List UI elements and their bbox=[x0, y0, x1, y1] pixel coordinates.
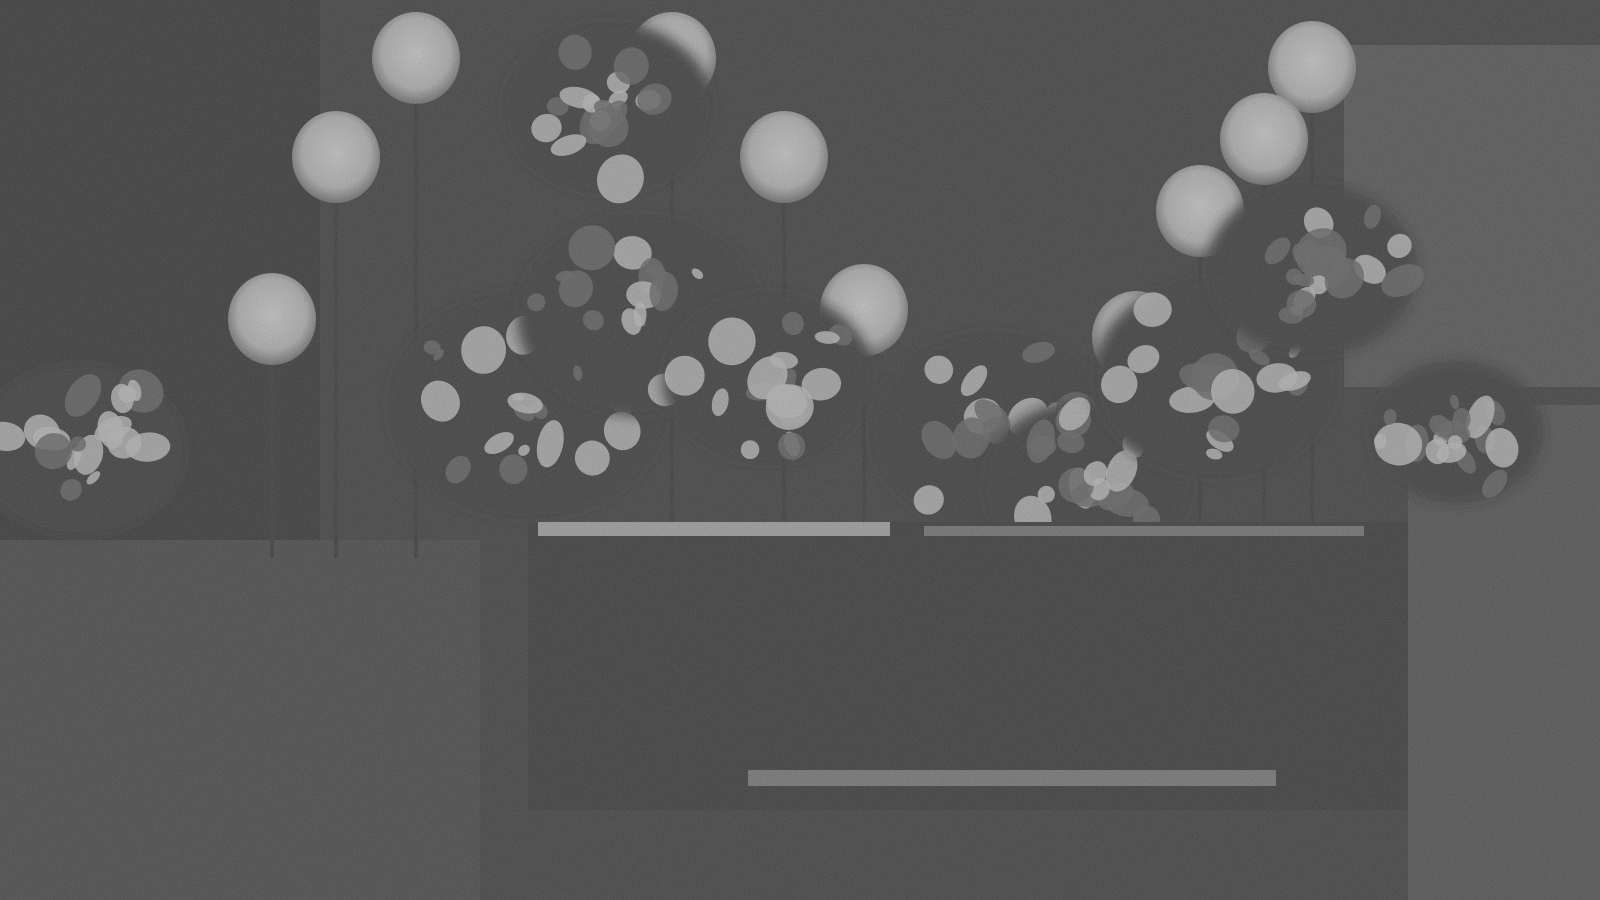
halftone-grain bbox=[0, 0, 1600, 900]
halftone-photo bbox=[0, 0, 1600, 900]
